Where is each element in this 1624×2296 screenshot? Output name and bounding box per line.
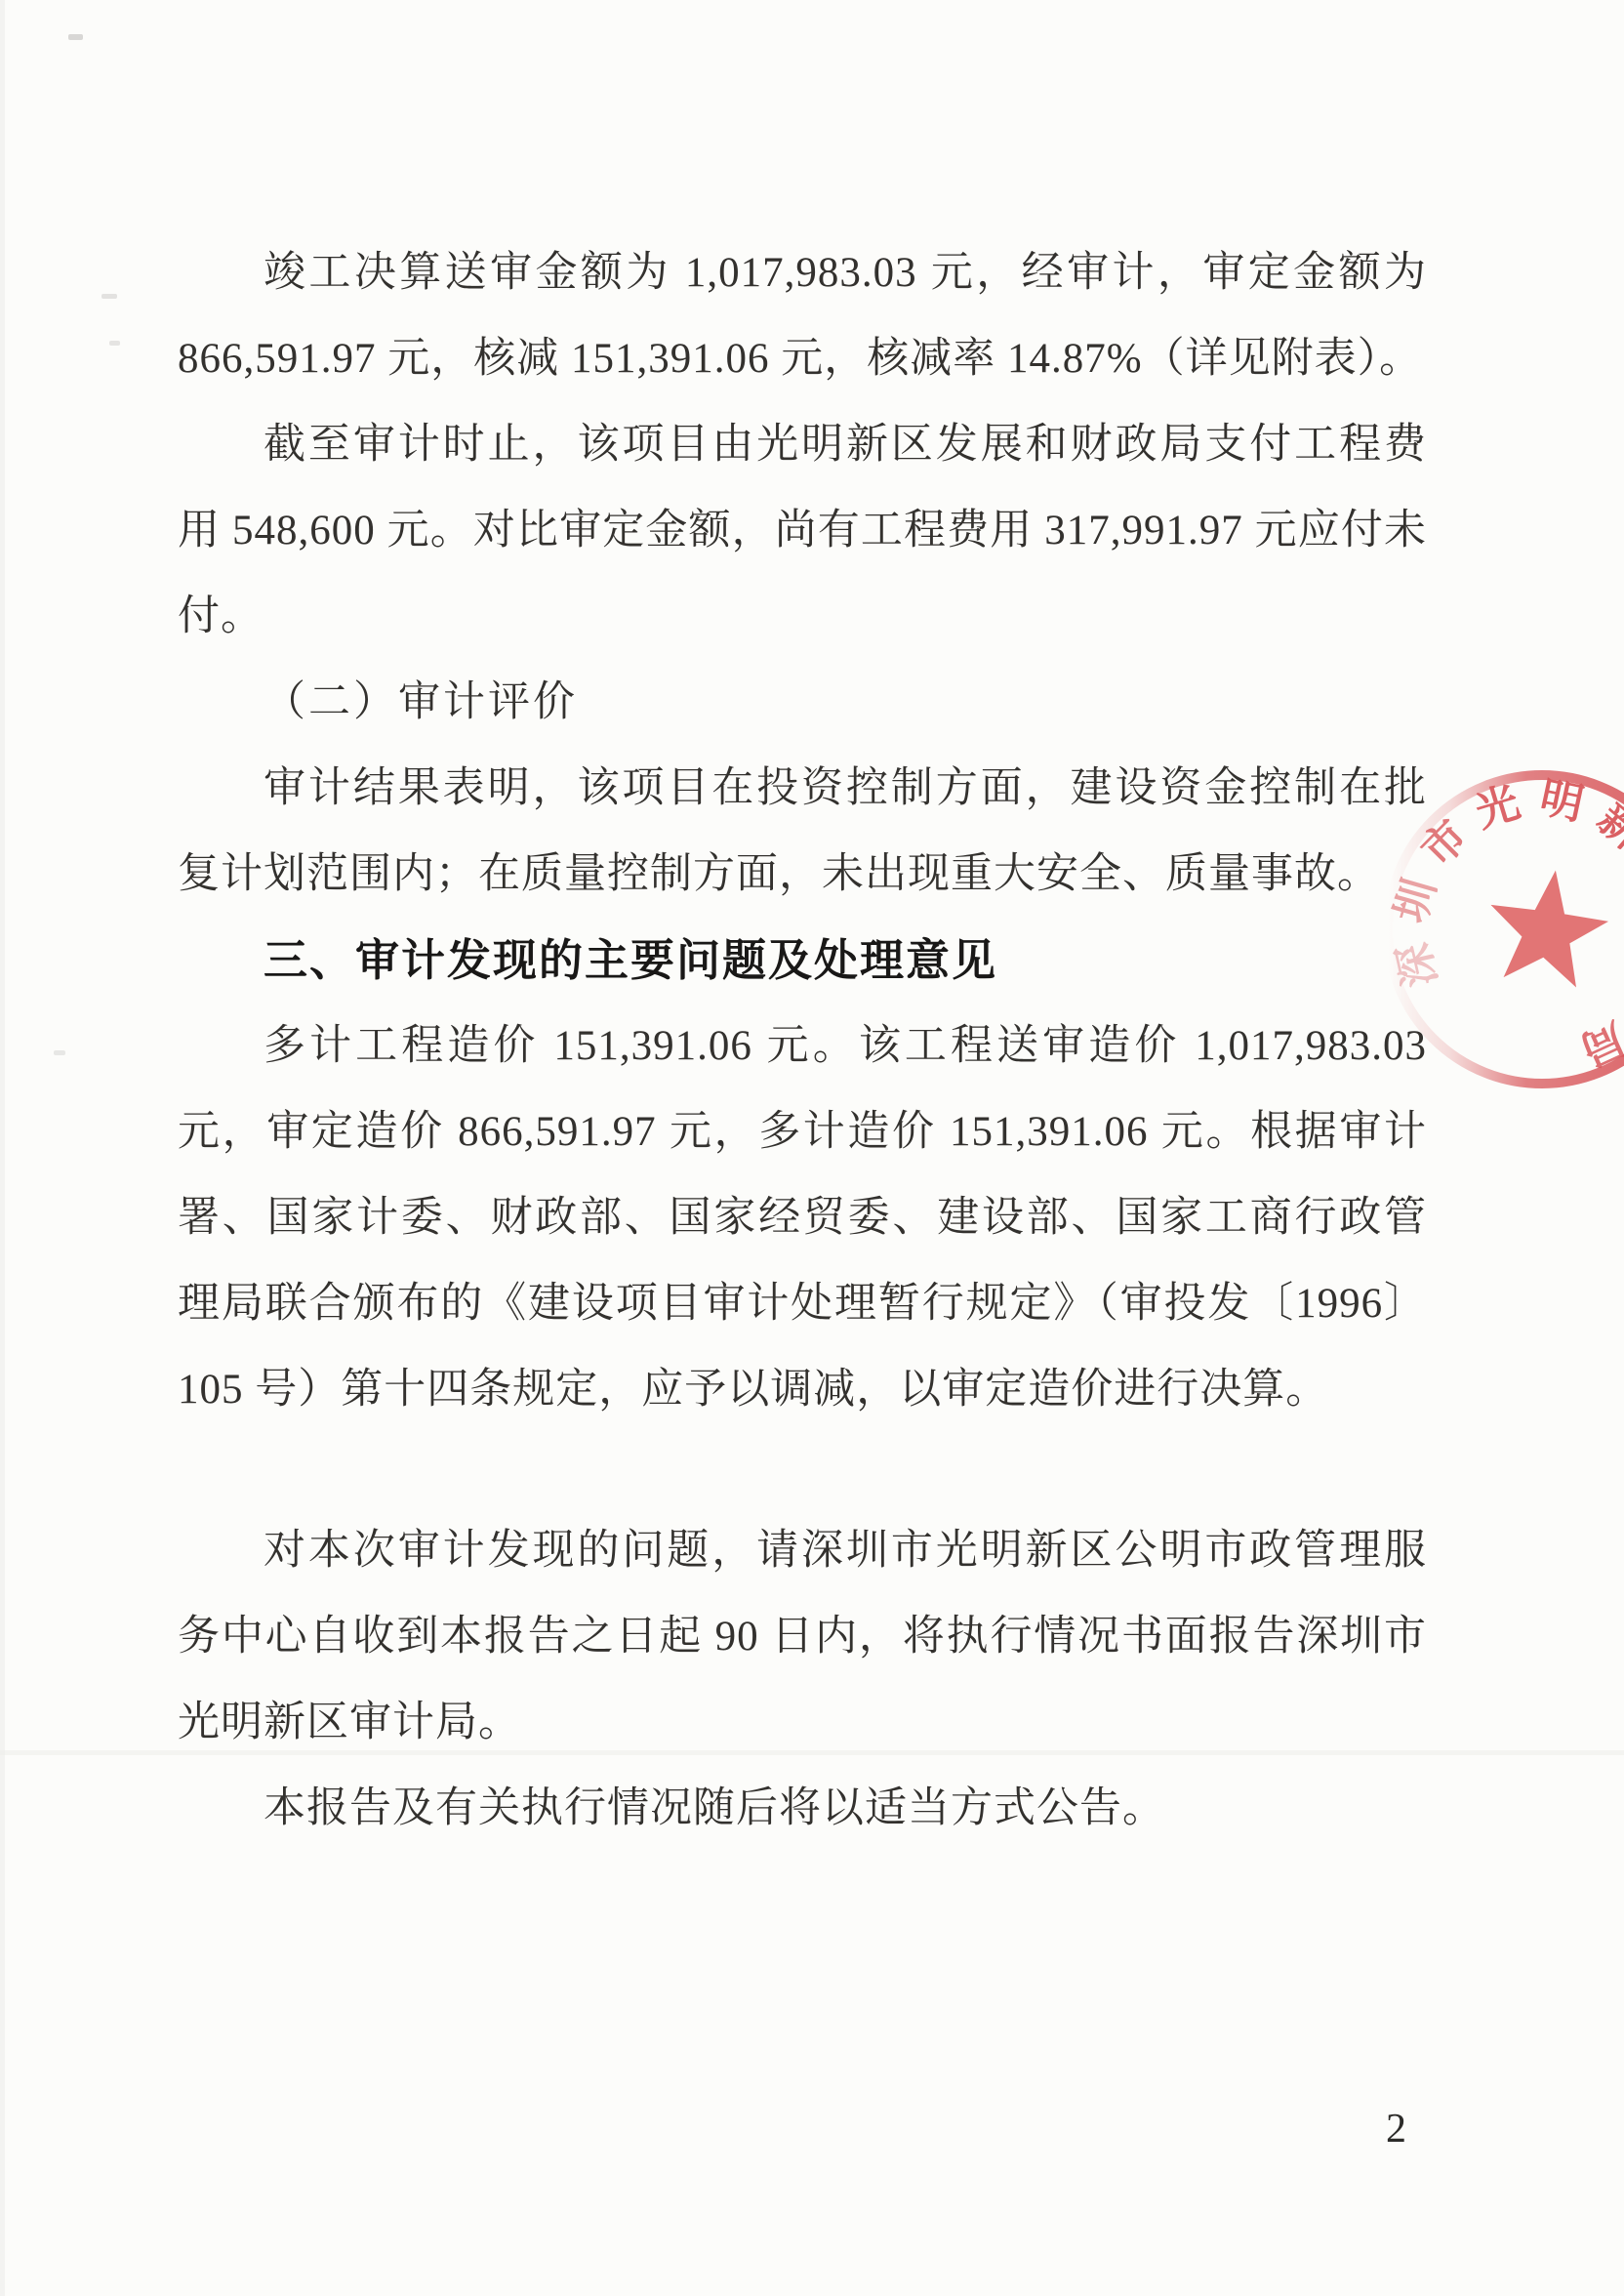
paragraph: 多计工程造价 151,391.06 元。该工程送审造价 1,017,983.03…	[178, 1004, 1427, 1433]
scan-artifact	[54, 1050, 65, 1055]
text-line: 多计工程造价 151,391.06 元。该工程送审造价 1,017,983.03	[178, 1004, 1427, 1089]
seal-star-icon	[1481, 862, 1614, 991]
paragraph: 对本次审计发现的问题，请深圳市光明新区公明市政管理服务中心自收到本报告之日起 9…	[178, 1508, 1427, 1766]
text-line: 审计结果表明，该项目在投资控制方面，建设资金控制在批	[178, 746, 1427, 832]
section-heading: 三、审计发现的主要问题及处理意见	[178, 918, 1427, 1004]
text-line: （二）审计评价	[178, 660, 1427, 746]
page-number: 2	[1386, 2105, 1406, 2153]
text-line: 866,591.97 元，核减 151,391.06 元，核减率 14.87%（…	[178, 316, 1427, 402]
document-body: 竣工决算送审金额为 1,017,983.03 元，经审计，审定金额为866,59…	[178, 230, 1427, 1852]
text-line: 三、审计发现的主要问题及处理意见	[178, 918, 1427, 1004]
scan-artifact	[0, 1750, 1624, 1755]
text-line: 复计划范围内；在质量控制方面，未出现重大安全、质量事故。	[178, 832, 1427, 918]
scan-edge-shadow	[0, 0, 5, 2296]
text-line: 元，审定造价 866,591.97 元，多计造价 151,391.06 元。根据…	[178, 1089, 1427, 1175]
text-line: 竣工决算送审金额为 1,017,983.03 元，经审计，审定金额为	[178, 230, 1427, 316]
text-line: 务中心自收到本报告之日起 90 日内，将执行情况书面报告深圳市	[178, 1594, 1427, 1680]
paragraph: 本报告及有关执行情况随后将以适当方式公告。	[178, 1766, 1427, 1852]
text-line: 付。	[178, 574, 1427, 660]
paragraph: 审计结果表明，该项目在投资控制方面，建设资金控制在批复计划范围内；在质量控制方面…	[178, 746, 1427, 918]
text-line: 105 号）第十四条规定，应予以调减，以审定造价进行决算。	[178, 1347, 1427, 1433]
text-line: 对本次审计发现的问题，请深圳市光明新区公明市政管理服	[178, 1508, 1427, 1594]
text-line: 用 548,600 元。对比审定金额，尚有工程费用 317,991.97 元应付…	[178, 488, 1427, 574]
text-line: 署、国家计委、财政部、国家经贸委、建设部、国家工商行政管	[178, 1175, 1427, 1261]
text-line: 理局联合颁布的《建设项目审计处理暂行规定》（审投发〔1996〕	[178, 1261, 1427, 1347]
scan-artifact	[101, 294, 117, 299]
paragraph: 截至审计时止，该项目由光明新区发展和财政局支付工程费用 548,600 元。对比…	[178, 402, 1427, 660]
scan-artifact	[109, 341, 120, 346]
paragraph: 竣工决算送审金额为 1,017,983.03 元，经审计，审定金额为866,59…	[178, 230, 1427, 402]
sub-section-heading: （二）审计评价	[178, 660, 1427, 746]
text-line: 本报告及有关执行情况随后将以适当方式公告。	[178, 1766, 1427, 1852]
text-line: 截至审计时止，该项目由光明新区发展和财政局支付工程费	[178, 402, 1427, 488]
scan-artifact	[68, 34, 83, 40]
document-page: 竣工决算送审金额为 1,017,983.03 元，经审计，审定金额为866,59…	[0, 0, 1624, 2296]
